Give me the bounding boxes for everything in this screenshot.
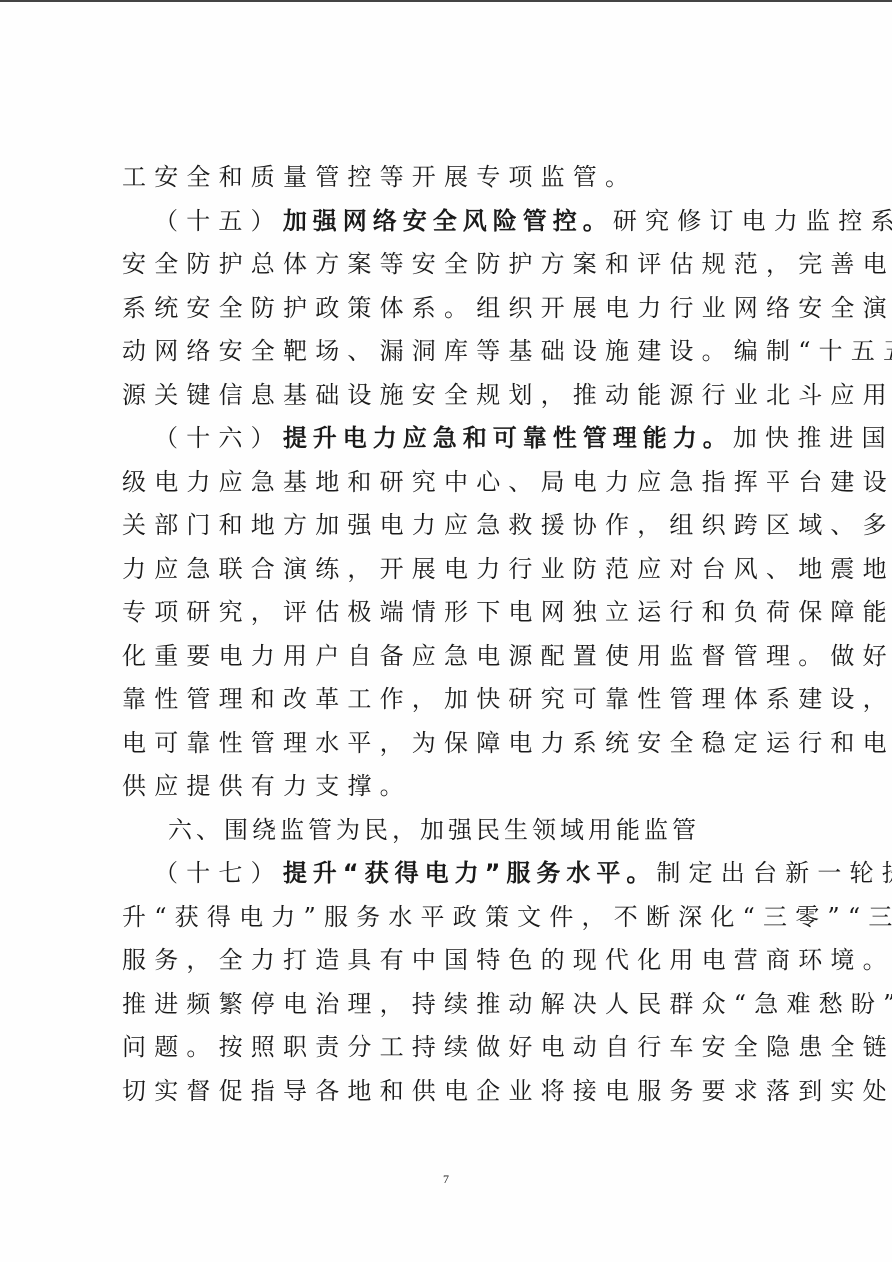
paragraph-line: 关部门和地方加强电力应急救援协作，组织跨区域、多场景电 (122, 504, 772, 548)
chapter-heading: 六、围绕监管为民，加强民生领域用能监管 (122, 809, 772, 853)
section-title: 加强网络安全风险管控。 (283, 207, 613, 235)
paragraph-text: 加快推进国家 (733, 424, 892, 452)
paragraph-line: 问题。按照职责分工持续做好电动自行车安全隐患全链条整治， (122, 1026, 772, 1070)
paragraph-line: 动网络安全靶场、漏洞库等基础设施建设。编制“十五五”能 (122, 330, 772, 374)
section-number: （十七） (154, 859, 283, 887)
paragraph-line: 电可靠性管理水平，为保障电力系统安全稳定运行和电力可靠 (122, 722, 772, 766)
paragraph-line: 工安全和质量管控等开展专项监管。 (122, 156, 772, 200)
section-17-title-line: （十七）提升“获得电力”服务水平。制定出台新一轮提 (122, 852, 772, 896)
paragraph-text: 制定出台新一轮提 (656, 859, 892, 887)
document-body: 工安全和质量管控等开展专项监管。 （十五）加强网络安全风险管控。研究修订电力监控… (122, 156, 772, 1113)
paragraph-line: 安全防护总体方案等安全防护方案和评估规范，完善电力监控 (122, 243, 772, 287)
top-border (0, 0, 892, 2)
section-15-title-line: （十五）加强网络安全风险管控。研究修订电力监控系统 (122, 200, 772, 244)
paragraph-line: 化重要电力用户自备应急电源配置使用监督管理。做好电力可 (122, 635, 772, 679)
paragraph-line: 推进频繁停电治理，持续推动解决人民群众“急难愁盼”用电 (122, 983, 772, 1027)
paragraph-line: 系统安全防护政策体系。组织开展电力行业网络安全演习，推 (122, 287, 772, 331)
paragraph-line: 升“获得电力”服务水平政策文件，不断深化“三零”“三省” (122, 896, 772, 940)
section-number: （十六） (154, 424, 283, 452)
paragraph-line: 力应急联合演练，开展电力行业防范应对台风、地震地质灾害 (122, 548, 772, 592)
paragraph-line: 供应提供有力支撑。 (122, 765, 772, 809)
paragraph-line: 靠性管理和改革工作，加快研究可靠性管理体系建设，提升供 (122, 678, 772, 722)
page-number: 7 (0, 1172, 892, 1187)
section-16-title-line: （十六）提升电力应急和可靠性管理能力。加快推进国家 (122, 417, 772, 461)
section-title: 提升电力应急和可靠性管理能力。 (283, 424, 733, 452)
paragraph-line: 专项研究，评估极端情形下电网独立运行和负荷保障能力，强 (122, 591, 772, 635)
paragraph-line: 源关键信息基础设施安全规划，推动能源行业北斗应用。 (122, 374, 772, 418)
section-number: （十五） (154, 207, 283, 235)
section-title: 提升“获得电力”服务水平。 (283, 859, 657, 887)
paragraph-line: 级电力应急基地和研究中心、局电力应急指挥平台建设，与有 (122, 461, 772, 505)
paragraph-line: 切实督促指导各地和供电企业将接电服务要求落到实处。 (122, 1070, 772, 1114)
paragraph-line: 服务，全力打造具有中国特色的现代化用电营商环境。常态化 (122, 939, 772, 983)
paragraph-text: 研究修订电力监控系统 (613, 207, 892, 235)
